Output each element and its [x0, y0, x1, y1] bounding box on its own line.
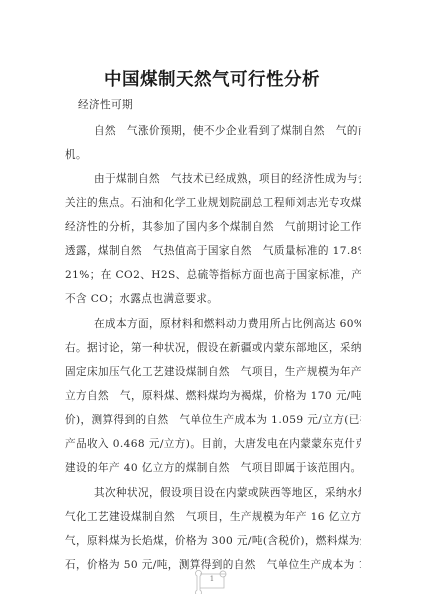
paragraph-line: 自然 气涨价预期，使不少企业看到了煤制自然 气的商: [94, 124, 361, 138]
paragraph-line: 价)，测算得到的自然 气单位生产成本为 1.059 元/立方(已扣除副: [65, 413, 361, 427]
paragraph-line: 透露，煤制自然 气热值高于国家自然 气质量标准的 17.8%-: [65, 244, 361, 258]
paragraph-line: 机。: [65, 148, 361, 162]
page-number: 1: [192, 575, 232, 583]
paragraph-line: 经济性的分析，其参加了国内多个煤制自然 气前期讨论工作。据: [65, 220, 361, 234]
paragraph-line: 右。据讨论，第一种状况，假设在新疆或内蒙东部地区，采纳碎煤: [65, 341, 361, 355]
paragraph-line: 不含 CO；水露点也满意要求。: [65, 292, 361, 306]
paragraph-line: 立方自然 气，原料煤、燃料煤均为褐煤，价格为 170 元/吨(含税: [65, 389, 361, 403]
paragraph-line: 产品收入 0.468 元/立方)。目前，大唐发电在内蒙蒙东克什克腾旗: [65, 437, 361, 451]
document-title: 中国煤制天然气可行性分析: [0, 66, 424, 91]
paragraph-line: 固定床加压气化工艺建设煤制自然 气项目，生产规模为年产 40 亿: [65, 365, 361, 379]
paragraph-line: 21%；在 CO2、H2S、总硫等指标方面也高于国家标准，产品中几乎: [65, 268, 361, 282]
section-heading: 经济性可期: [78, 98, 374, 112]
paragraph-line: 气化工艺建设煤制自然 气项目，生产规模为年产 16 亿立方自然: [65, 510, 361, 524]
paragraph-line: 由于煤制自然 气技术已经成熟，项目的经济性成为与会者: [94, 172, 361, 186]
paragraph-line: 其次种状况，假设项目设在内蒙或陕西等地区，采纳水煤浆: [94, 486, 361, 500]
paragraph-line: 在成本方面，原材料和燃料动力费用所占比例高达 60%左: [94, 317, 361, 331]
page-number-badge: 1: [192, 568, 232, 594]
paragraph-line: 建设的年产 40 亿立方的煤制自然 气项目即属于该范围内。: [65, 461, 361, 475]
paragraph-line: 关注的焦点。石油和化学工业规划院副总工程师刘志光专攻煤化工: [65, 196, 361, 210]
paragraph-line: 气，原料煤为长焰煤，价格为 300 元/吨(含税价)，燃料煤为煤矸: [65, 534, 361, 548]
